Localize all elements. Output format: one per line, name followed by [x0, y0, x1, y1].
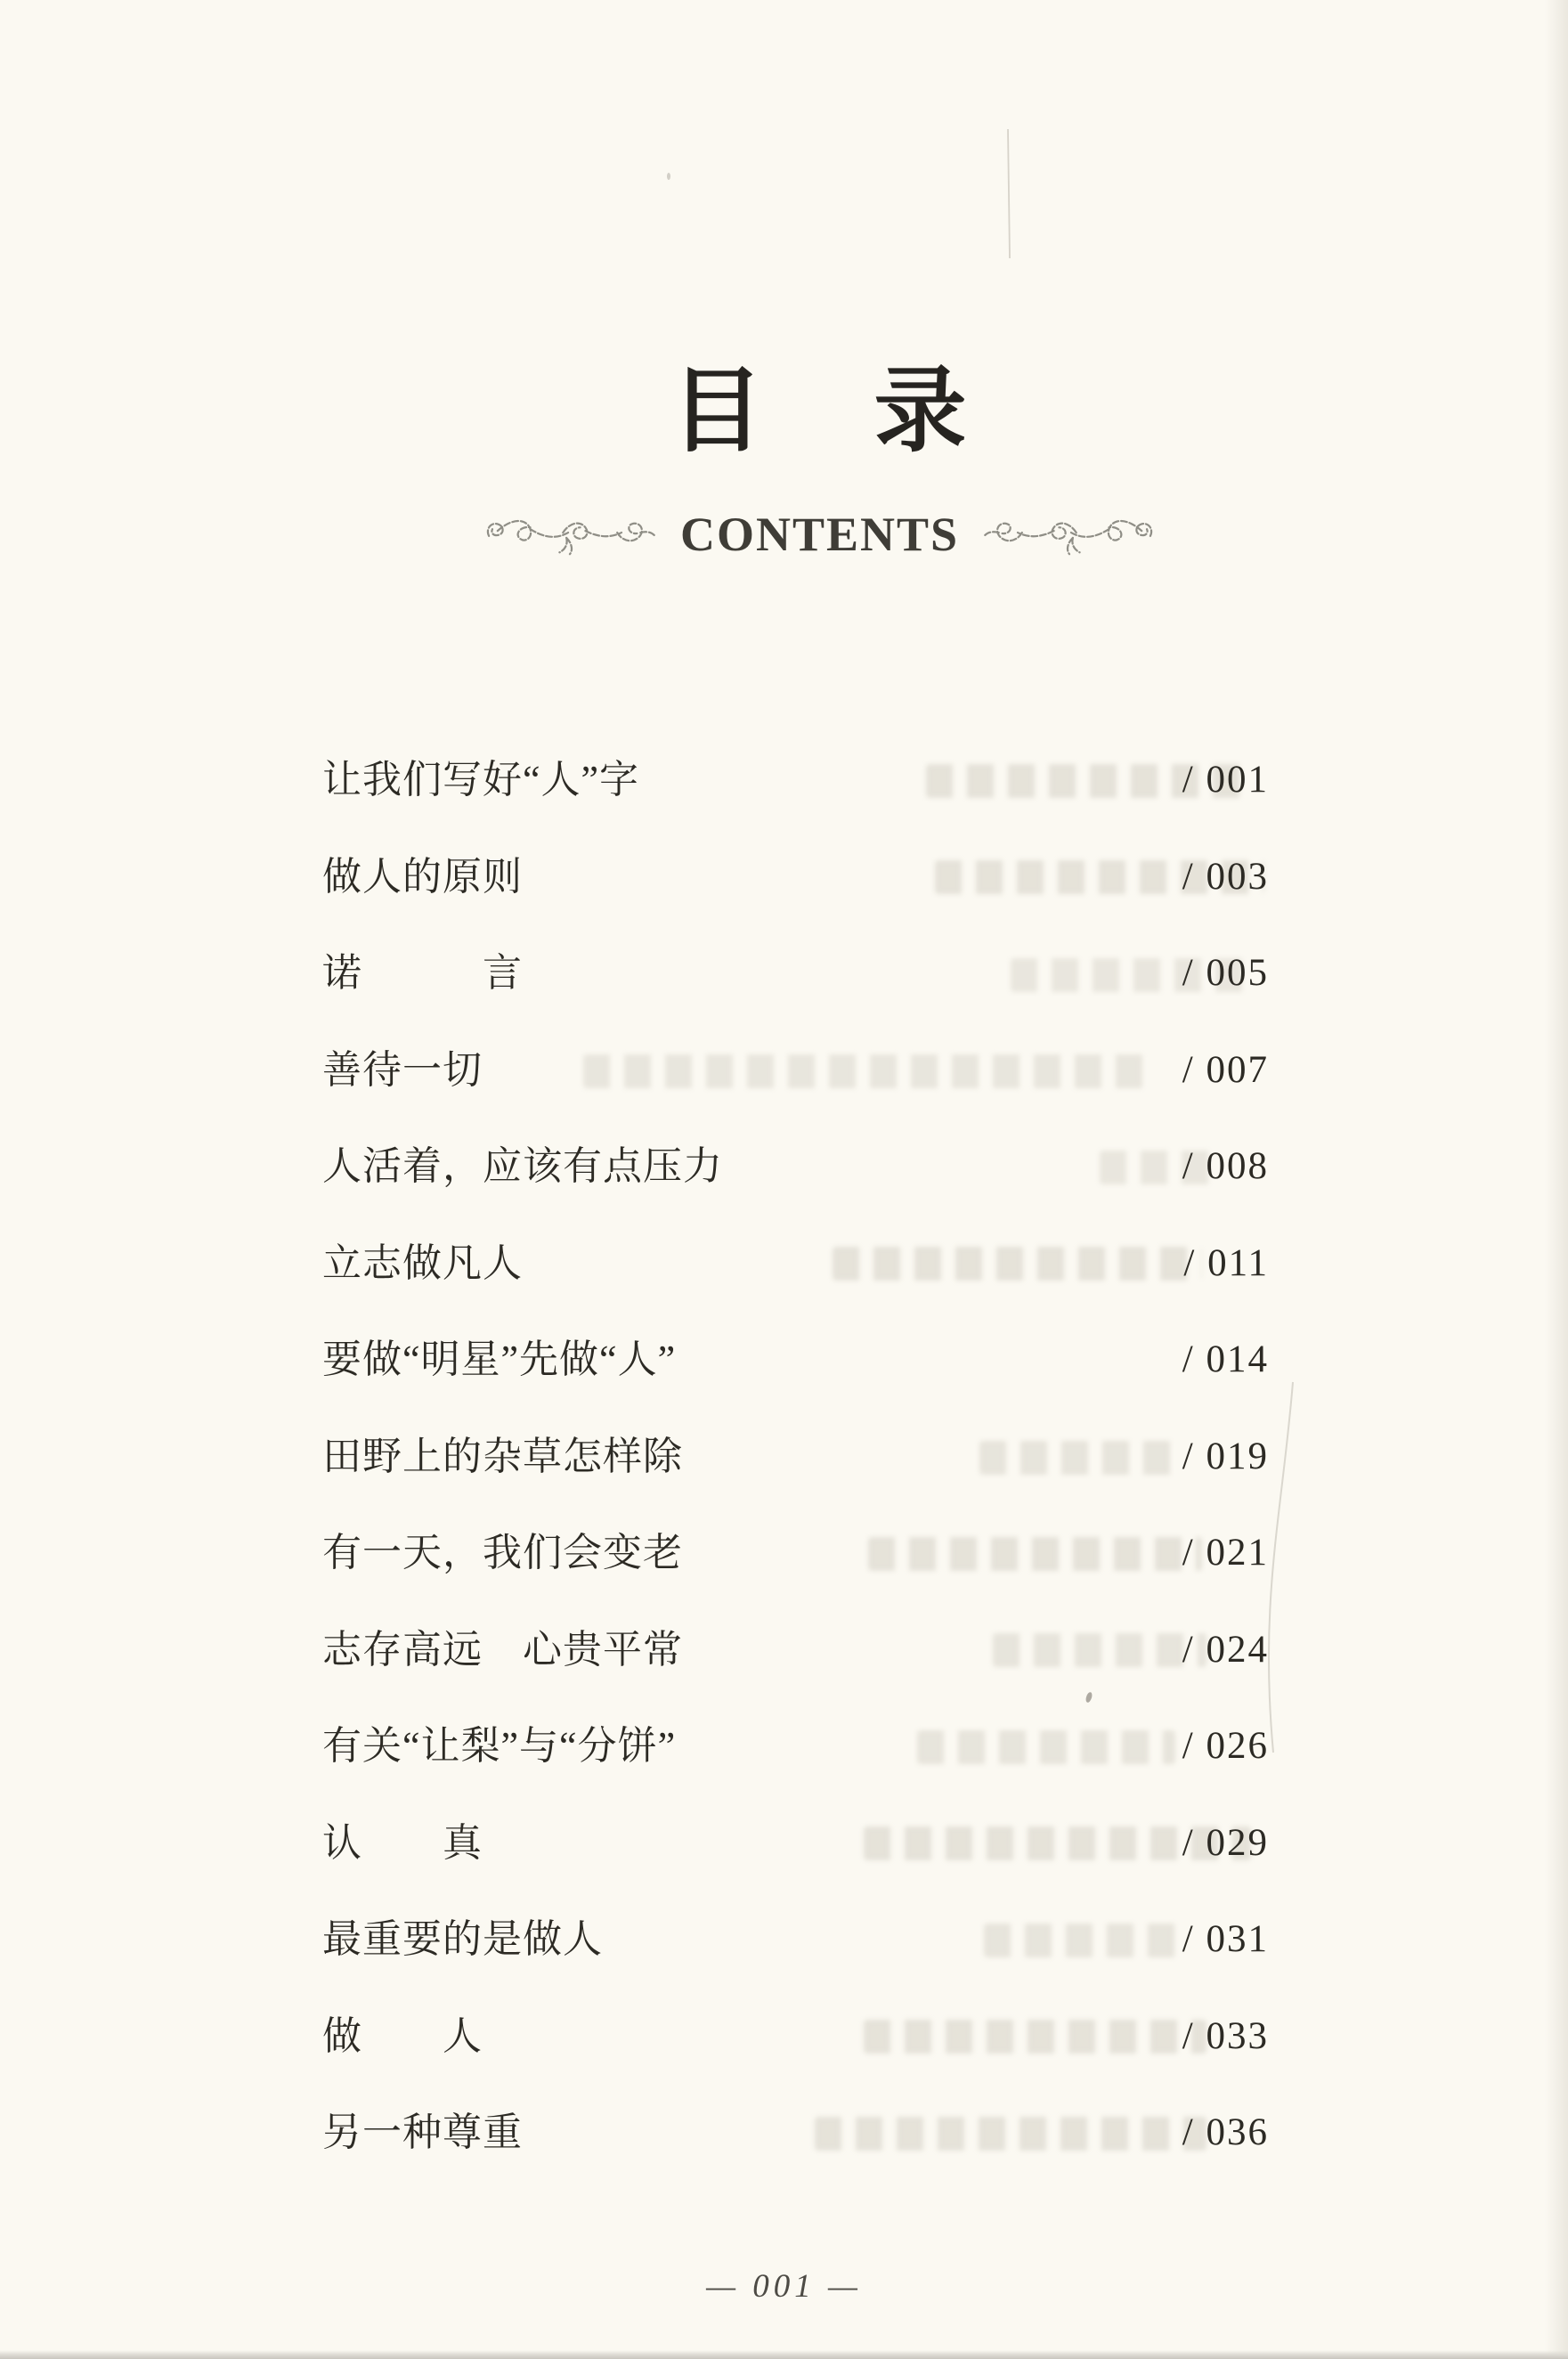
toc-entry-page-number: / 033 — [1182, 2016, 1269, 2057]
toc-entry-page-number: / 036 — [1182, 2112, 1269, 2153]
toc-entry: 善待一切 / 007 — [322, 1050, 1269, 1089]
toc-entry-title: 要做“明星”先做“人” — [322, 1339, 676, 1380]
toc-entry: 让我们写好“人”字 / 001 — [322, 760, 1269, 799]
toc-entry-title: 让我们写好“人”字 — [322, 760, 639, 801]
toc-entry: 立志做凡人 / 011 — [322, 1243, 1269, 1282]
toc-entry: 有关“让梨”与“分饼” / 026 — [322, 1726, 1269, 1765]
toc-entry-title: 认 真 — [322, 1823, 483, 1864]
scroll-flourish-left-icon — [483, 508, 657, 560]
scan-edge-shadow-bottom — [0, 2350, 1568, 2359]
toc-entry-page-number: / 031 — [1182, 1919, 1269, 1960]
page-number-folio: — 001 — — [0, 2267, 1568, 2306]
toc-entry: 诺 言 / 005 — [322, 953, 1269, 992]
toc-entry: 认 真 / 029 — [322, 1823, 1269, 1862]
toc-list: 让我们写好“人”字 / 001 做人的原则 / 003 诺 言 / 005 善待… — [322, 760, 1269, 2209]
toc-entry: 做人的原则 / 003 — [322, 857, 1269, 896]
toc-entry-page-number: / 019 — [1182, 1436, 1269, 1477]
toc-entry-title: 做人的原则 — [322, 857, 523, 898]
toc-entry: 有一天，我们会变老 / 021 — [322, 1533, 1269, 1572]
toc-entry: 田野上的杂草怎样除 / 019 — [322, 1436, 1269, 1476]
toc-entry-page-number: / 003 — [1182, 857, 1269, 898]
toc-entry-page-number: / 026 — [1182, 1726, 1269, 1767]
toc-entry-page-number: / 005 — [1182, 953, 1269, 994]
toc-entry-title: 有一天，我们会变老 — [322, 1533, 683, 1574]
toc-entry-title: 有关“让梨”与“分饼” — [322, 1726, 676, 1767]
page-title: 目 录 — [39, 360, 1568, 465]
contents-subtitle: CONTENTS — [680, 506, 959, 563]
toc-entry-page-number: / 024 — [1182, 1630, 1269, 1671]
toc-entry-page-number: / 001 — [1182, 760, 1269, 801]
toc-entry-page-number: / 011 — [1183, 1243, 1269, 1284]
toc-entry-page-number: / 021 — [1182, 1533, 1269, 1574]
toc-entry-title: 志存高远 心贵平常 — [322, 1630, 683, 1671]
toc-entry-title: 诺 言 — [322, 953, 523, 994]
toc-entry-title: 立志做凡人 — [322, 1243, 523, 1284]
toc-entry: 志存高远 心贵平常 / 024 — [322, 1630, 1269, 1669]
toc-entry: 另一种尊重 / 036 — [322, 2112, 1269, 2152]
toc-entry: 做 人 / 033 — [322, 2016, 1269, 2055]
contents-heading: CONTENTS — [36, 506, 1568, 563]
toc-entry: 要做“明星”先做“人” / 014 — [322, 1339, 1269, 1379]
toc-entry: 最重要的是做人 / 031 — [322, 1919, 1269, 1958]
toc-entry-title: 人活着，应该有点压力 — [322, 1146, 723, 1187]
toc-entry-title: 做 人 — [322, 2016, 483, 2057]
toc-entry-page-number: / 029 — [1182, 1823, 1269, 1864]
toc-entry: 人活着，应该有点压力 / 008 — [322, 1146, 1269, 1185]
toc-entry-page-number: / 008 — [1182, 1146, 1269, 1187]
scan-edge-shadow-right — [1545, 0, 1568, 2359]
toc-entry-title: 最重要的是做人 — [322, 1919, 603, 1960]
toc-entry-page-number: / 007 — [1182, 1050, 1269, 1091]
scroll-flourish-right-icon — [982, 508, 1157, 560]
toc-entry-title: 田野上的杂草怎样除 — [322, 1436, 683, 1477]
toc-entry-page-number: / 014 — [1182, 1339, 1269, 1380]
toc-entry-title: 另一种尊重 — [322, 2112, 523, 2153]
toc-entry-title: 善待一切 — [322, 1050, 483, 1091]
